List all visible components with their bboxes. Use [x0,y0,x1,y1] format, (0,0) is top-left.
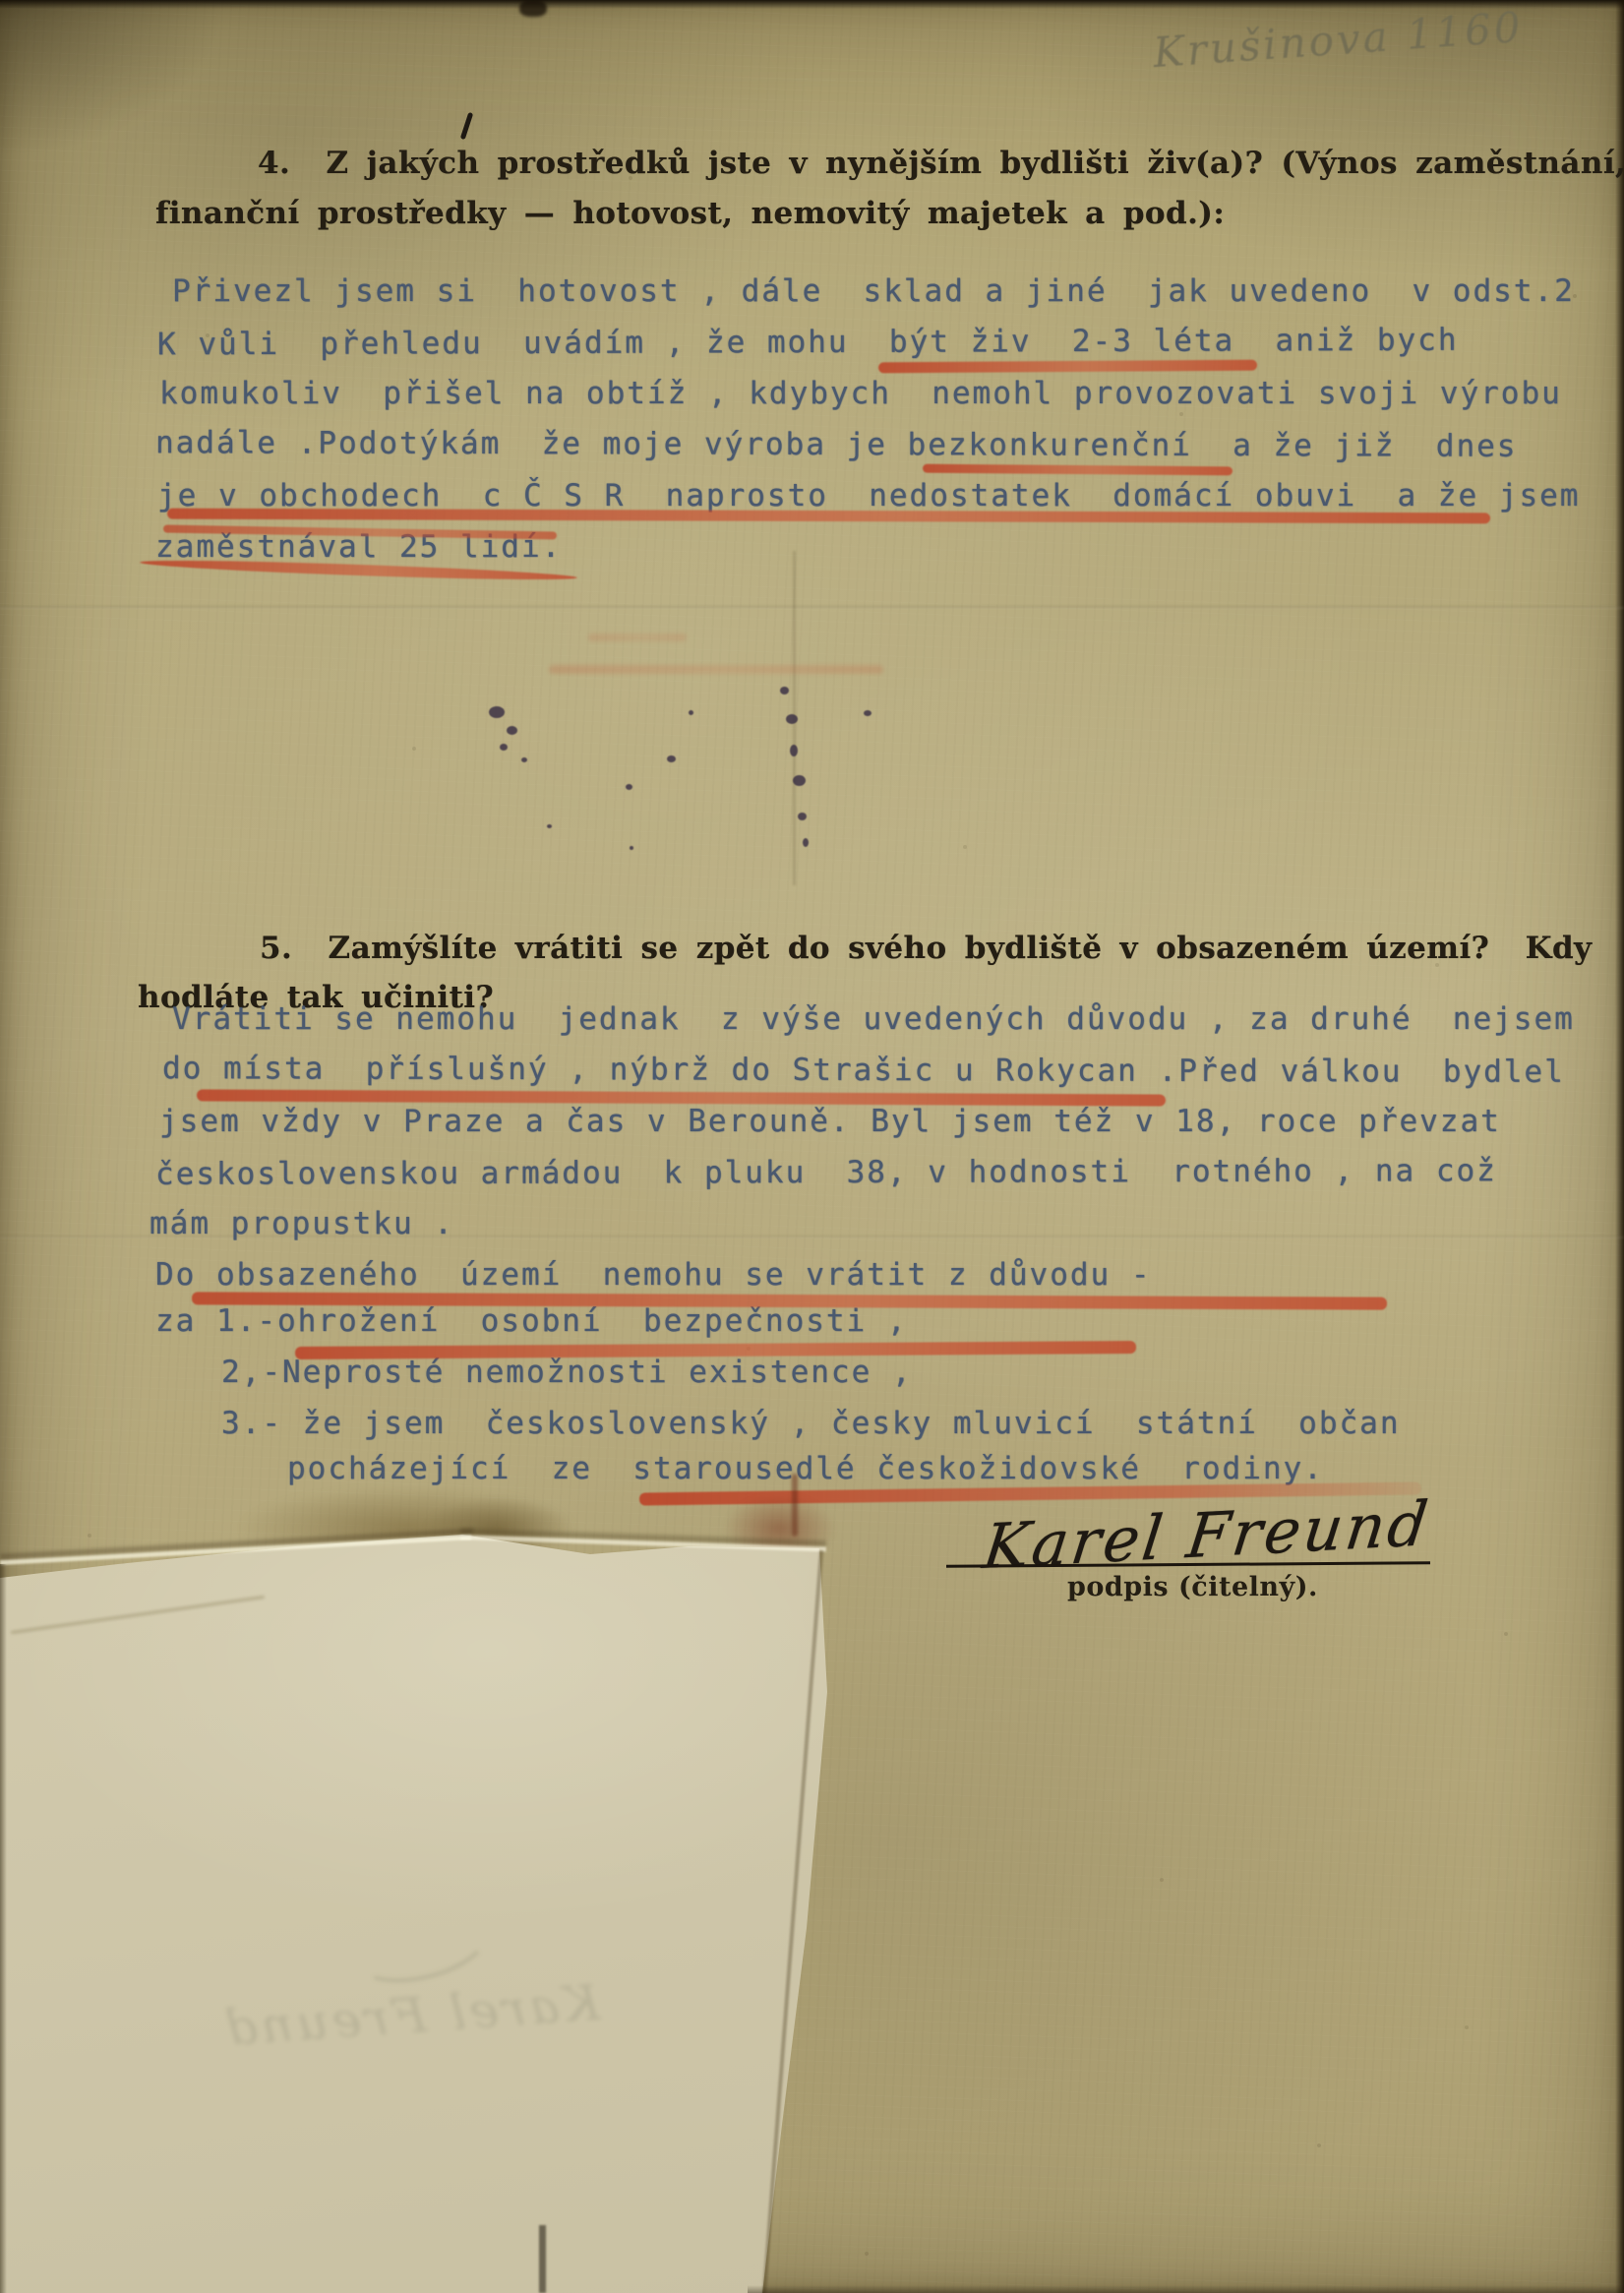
answer-5-line: Do obsazeného území nemohu se vrátit z d… [155,1257,1152,1293]
scan-edge-right [1615,0,1624,2293]
fold-crease-horizontal-upper [0,606,1624,609]
answer-5-line: československou armádou k pluku 38, v ho… [155,1153,1497,1192]
faint-red-smudge [588,634,687,641]
answer-4-line: nadále .Podotýkám že moje výroba je bezk… [155,425,1518,464]
answer-5-line: jsem vždy v Praze a čas v Berouně. Byl j… [159,1104,1501,1139]
signature-caption: podpis (čitelný). [1067,1572,1318,1602]
red-underline [923,464,1233,476]
faint-red-smudge [549,665,883,674]
answer-5-line: do místa příslušný , nýbrž do Strašic u … [162,1051,1565,1090]
answer-4-line: komukoliv přišel na obtíž , kdybych nemo… [159,376,1562,411]
answer-5-line: 3.- že jsem československý , česky mluvi… [221,1406,1401,1441]
stain-drip [792,1474,798,1537]
stray-ink-mark [460,112,473,140]
bottom-fold-mark [539,2225,546,2293]
scan-edge-top [0,0,1624,9]
question-4-line-2: finanční prostředky — hotovost, nemovitý… [155,196,1225,231]
scan-corner-topleft-shade [0,0,226,157]
scanned-document-page: Krušinova 1160 4. Z jakých prostředků js… [0,0,1624,2293]
question-4-line-1: 4. Z jakých prostředků jste v nynějším b… [258,146,1624,181]
scan-edge-bottom [748,2285,1624,2293]
answer-5-line: za 1.-ohrožení osobní bezpečnosti , [155,1303,908,1339]
question-5-line-1: 5. Zamýšlíte vrátiti se zpět do svého by… [260,931,1592,966]
red-underline [878,360,1257,374]
answer-4-line: K vůli přehledu uvádím , že mohu být živ… [157,323,1459,363]
signature: Karel Freund [980,1487,1434,1583]
answer-4-line: Přivezl jsem si hotovost , dále sklad a … [172,273,1575,309]
answer-5-line: mám propustku . [150,1206,454,1241]
answer-5-line: pocházející ze starousedlé českožidovské… [287,1451,1324,1486]
top-edge-mark [519,0,547,17]
handwritten-annotation: Krušinova 1160 [1152,3,1525,77]
answer-5-line: Vrátiti se nemohu jednak z výše uvedenýc… [172,1001,1575,1037]
answer-5-line: 2,-Neprosté nemožnosti existence , [221,1355,913,1390]
scan-edge-left-lower [0,1564,7,2293]
